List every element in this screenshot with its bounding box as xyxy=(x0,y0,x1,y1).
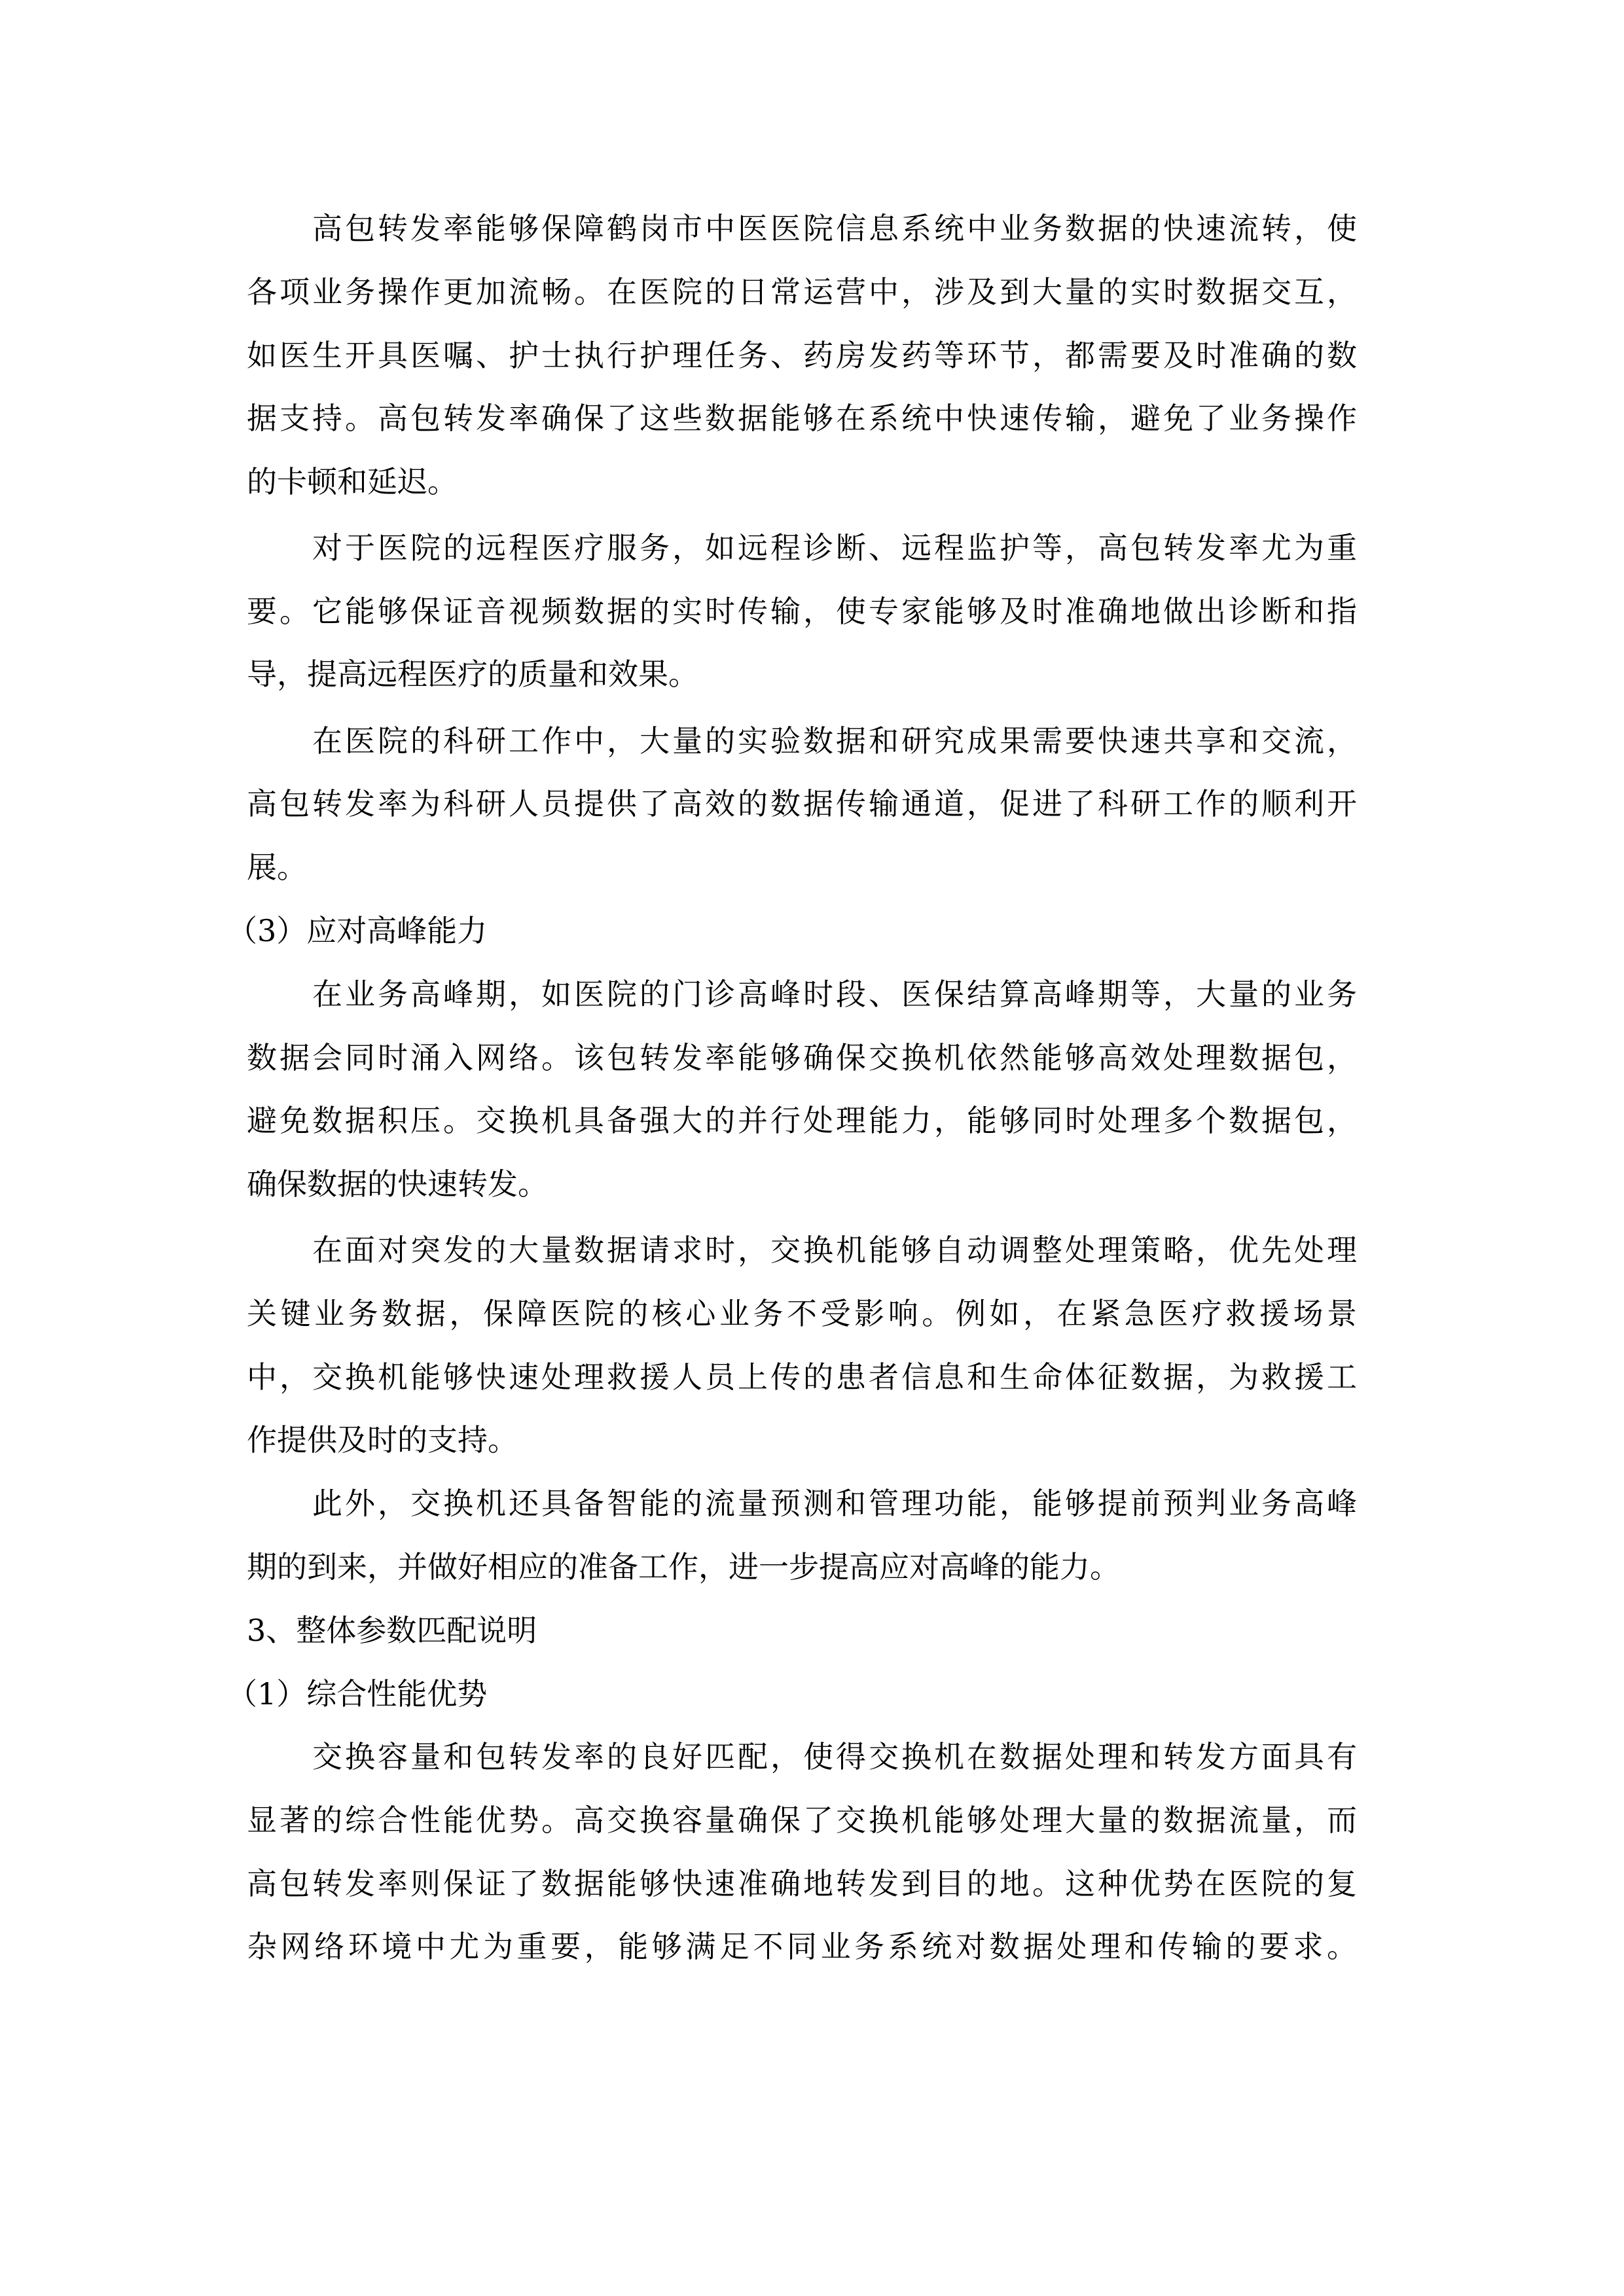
section-heading-1: （1）综合性能优势 xyxy=(227,1674,1337,1713)
paragraph-3-line-2: 高包转发率为科研人员提供了高效的数据传输通道，促进了科研工作的顺利开 xyxy=(247,784,1357,823)
paragraph-7-line-4: 杂网络环境中尤为重要，能够满足不同业务系统对数据处理和传输的要求。 xyxy=(247,1927,1357,1966)
paragraph-5-line-3: 中，交换机能够快速处理救援人员上传的患者信息和生命体征数据，为救援工 xyxy=(247,1357,1357,1397)
paragraph-2-line-3: 导，提高远程医疗的质量和效果。 xyxy=(247,655,1357,694)
paragraph-4-line-2: 数据会同时涌入网络。该包转发率能够确保交换机依然能够高效处理数据包， xyxy=(247,1038,1357,1077)
section-heading-3: （3）应对高峰能力 xyxy=(227,911,1337,950)
paragraph-1-line-3: 如医生开具医嘱、护士执行护理任务、药房发药等环节，都需要及时准确的数 xyxy=(247,336,1357,375)
paragraph-5-line-1: 在面对突发的大量数据请求时，交换机能够自动调整处理策略，优先处理 xyxy=(312,1230,1357,1270)
document-page: 高包转发率能够保障鹤岗市中医医院信息系统中业务数据的快速流转，使 各项业务操作更… xyxy=(0,0,1624,2296)
paragraph-4-line-1: 在业务高峰期，如医院的门诊高峰时段、医保结算高峰期等，大量的业务 xyxy=(312,975,1357,1014)
paragraph-6-line-2: 期的到来，并做好相应的准备工作，进一步提高应对高峰的能力。 xyxy=(247,1547,1357,1587)
paragraph-2-line-2: 要。它能够保证音视频数据的实时传输，使专家能够及时准确地做出诊断和指 xyxy=(247,592,1357,631)
paragraph-7-line-2: 显著的综合性能优势。高交换容量确保了交换机能够处理大量的数据流量，而 xyxy=(247,1801,1357,1840)
paragraph-5-line-4: 作提供及时的支持。 xyxy=(247,1420,1357,1460)
paragraph-7-line-3: 高包转发率则保证了数据能够快速准确地转发到目的地。这种优势在医院的复 xyxy=(247,1864,1357,1903)
section-heading-overall: 3、整体参数匹配说明 xyxy=(247,1611,1357,1650)
paragraph-1-line-2: 各项业务操作更加流畅。在医院的日常运营中，涉及到大量的实时数据交互， xyxy=(247,272,1357,312)
paragraph-4-line-3: 避免数据积压。交换机具备强大的并行处理能力，能够同时处理多个数据包， xyxy=(247,1101,1357,1140)
paragraph-2-line-1: 对于医院的远程医疗服务，如远程诊断、远程监护等，高包转发率尤为重 xyxy=(312,528,1357,567)
paragraph-4-line-4: 确保数据的快速转发。 xyxy=(247,1164,1357,1204)
paragraph-1-line-4: 据支持。高包转发率确保了这些数据能够在系统中快速传输，避免了业务操作 xyxy=(247,399,1357,438)
paragraph-3-line-3: 展。 xyxy=(247,848,1357,887)
paragraph-1-line-5: 的卡顿和延迟。 xyxy=(247,462,1357,501)
paragraph-7-line-1: 交换容量和包转发率的良好匹配，使得交换机在数据处理和转发方面具有 xyxy=(312,1737,1357,1776)
paragraph-5-line-2: 关键业务数据，保障医院的核心业务不受影响。例如，在紧急医疗救援场景 xyxy=(247,1294,1357,1333)
paragraph-6-line-1: 此外，交换机还具备智能的流量预测和管理功能，能够提前预判业务高峰 xyxy=(312,1484,1357,1523)
paragraph-1-line-1: 高包转发率能够保障鹤岗市中医医院信息系统中业务数据的快速流转，使 xyxy=(312,209,1357,248)
paragraph-3-line-1: 在医院的科研工作中，大量的实验数据和研究成果需要快速共享和交流， xyxy=(312,721,1357,761)
